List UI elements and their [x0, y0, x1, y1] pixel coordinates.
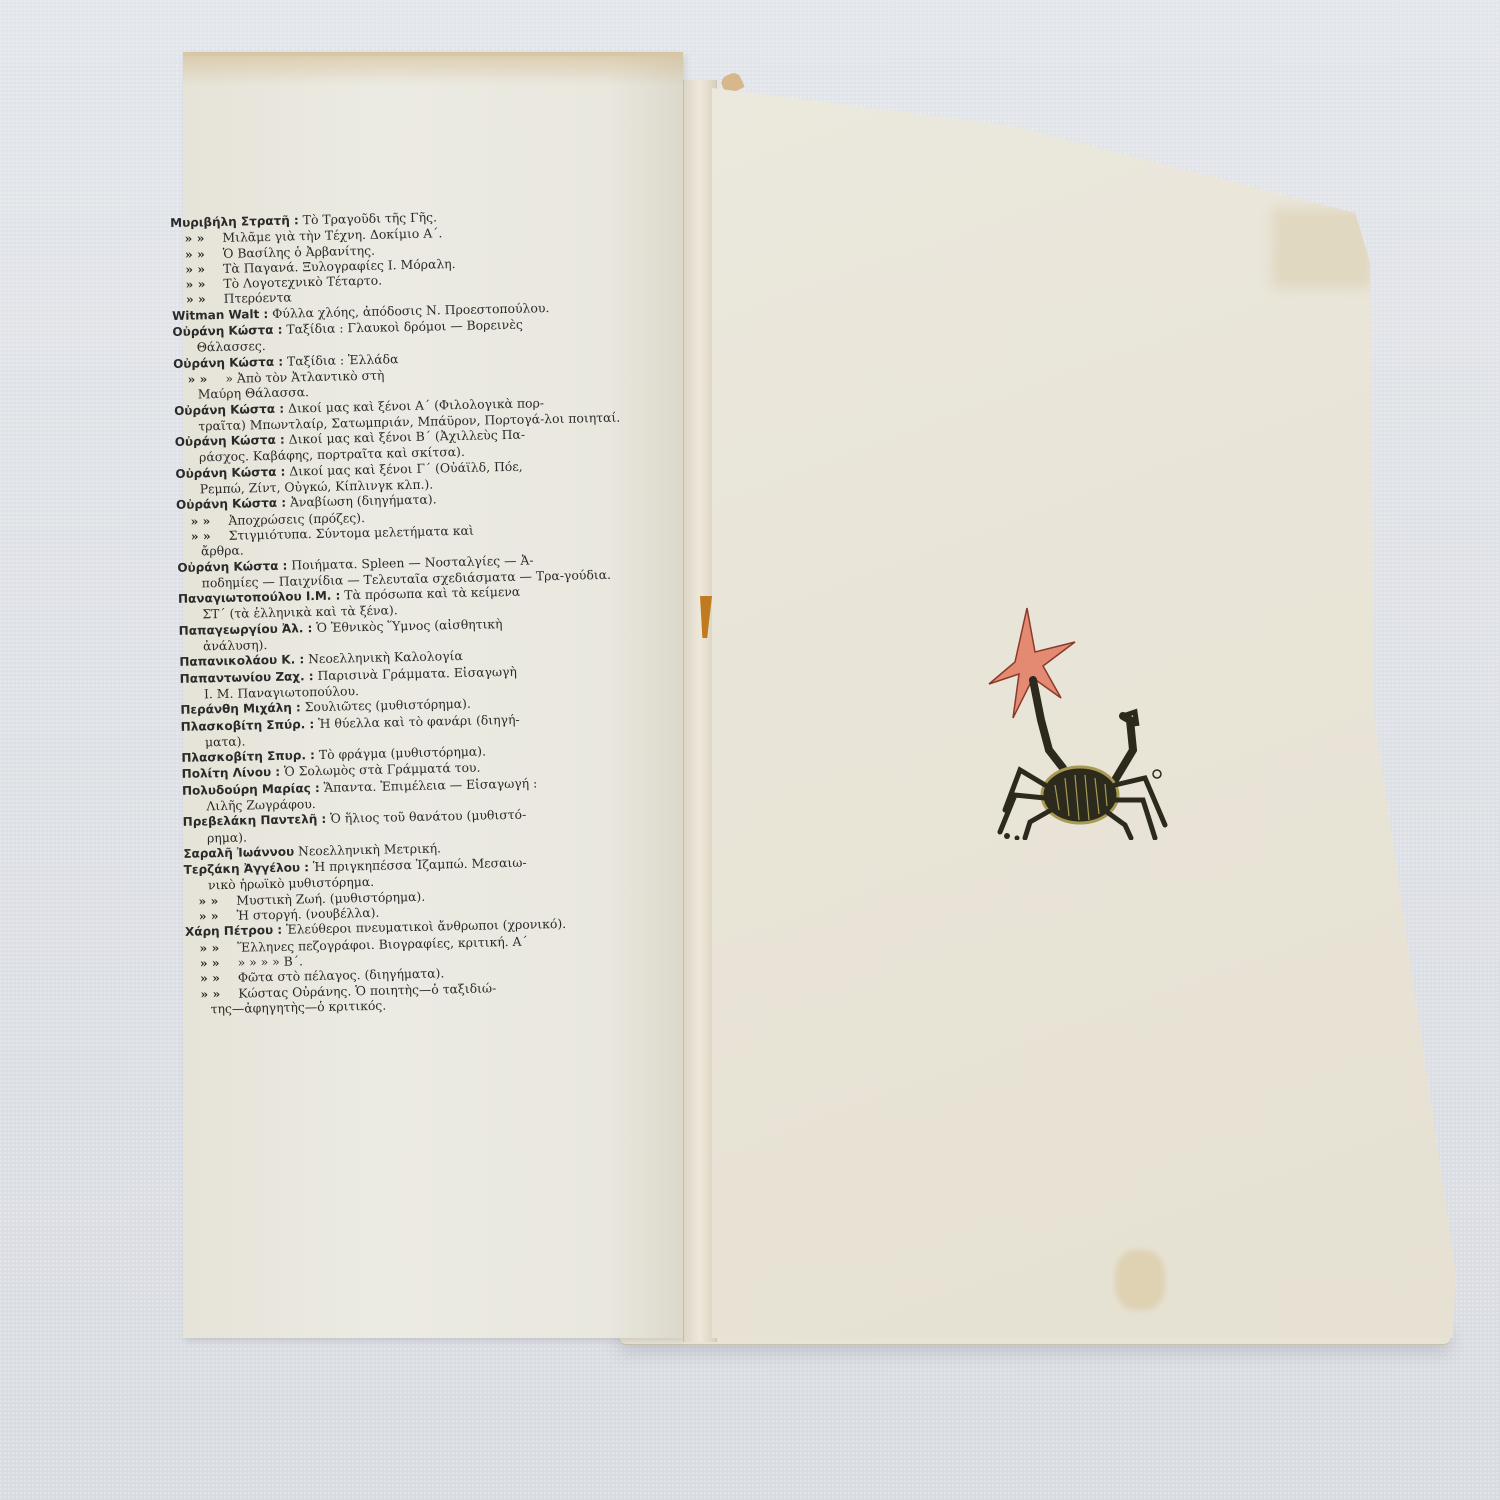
entry-author: Πολίτη Λίνου : [182, 765, 281, 781]
entry-author: » » [185, 939, 233, 955]
entry-author: » » [170, 230, 218, 246]
entry-author: » » [173, 371, 221, 387]
entry-title: Ἡ θύελλα καὶ τὸ φανάρι (διηγή- [318, 711, 520, 730]
starfish-icon [989, 608, 1075, 718]
entry-author: Πλασκοβίτη Σπυρ. : [181, 748, 315, 765]
entry-author: » » [186, 985, 234, 1001]
entry-author: Τερζάκη Ἀγγέλου : [184, 860, 310, 877]
entry-title: Τὸ φράγμα (μυθιστόρημα). [319, 744, 486, 762]
entry-author: Οὐράνη Κώστα : [177, 558, 287, 574]
entry-author: Witman Walt : [172, 307, 268, 323]
entry-title: Ὁ ἥλιος τοῦ θανάτου (μυθιστό- [330, 807, 526, 826]
entry-title: Τὸ Τραγοῦδι τῆς Γῆς. [303, 209, 438, 227]
entry-author: » » [171, 276, 219, 292]
entry-title: Τὰ πρόσωπα καὶ τὰ κείμενα [344, 584, 520, 603]
entry-title: Ὁ Ἐθνικὸς Ὕμνος (αἰσθητικὴ [316, 616, 503, 635]
entry-author: » » [171, 246, 219, 262]
entry-author: Οὐράνη Κώστα : [174, 401, 284, 417]
entry-author: » » [171, 261, 219, 277]
entry-title: Ταξίδια : Ἑλλάδα [287, 351, 399, 368]
entry-title: Νεοελληνικὴ Καλολογία [308, 648, 463, 666]
entry-author: » » [172, 291, 220, 307]
entry-author: Παναγιωτοπούλου Ι.Μ. : [178, 589, 341, 606]
entry-title: Ἅπαντα. Ἐπιμέλεια — Εἰσαγωγή : [323, 775, 537, 794]
entry-title: Παρισινὰ Γράμματα. Εἰσαγωγὴ [317, 663, 517, 682]
entry-author: Παπαντωνίου Ζαχ. : [180, 669, 314, 686]
entry-author: Παπαγεωργίου Ἀλ. : [179, 621, 313, 638]
entry-author: Παπανικολάου Κ. : [179, 653, 304, 670]
entry-author: » » [185, 908, 233, 924]
entry-author: Μυριβήλη Στρατῆ : [170, 213, 299, 230]
entry-author: Πρεβελάκη Παντελῆ : [183, 812, 327, 829]
paper-stain [1115, 1250, 1165, 1310]
entry-title: Ἀναβίωση (διηγήματα). [290, 492, 437, 510]
entry-author: Πολυδούρη Μαρίας : [182, 781, 320, 798]
entry-author: Οὐράνη Κώστα : [173, 354, 283, 370]
entry-title: Νεοελληνικὴ Μετρική. [298, 840, 441, 858]
entry-author: Πλασκοβίτη Σπύρ. : [181, 717, 315, 734]
entry-author: » » [184, 893, 232, 909]
entry-author: Οὐράνη Κώστα : [172, 323, 282, 339]
entry-author: Οὐράνη Κώστα : [175, 433, 285, 449]
entry-title: » » » » Β΄. [237, 953, 303, 969]
entry-author: Σαραλῆ Ἰωάννου [183, 844, 294, 860]
entry-author: » » [177, 528, 225, 544]
publisher-catalogue-list: Μυριβήλη Στρατῆ : Τὸ Τραγοῦδι τῆς Γῆς.» … [170, 205, 667, 1017]
entry-author: Περάνθη Μιχάλη : [180, 701, 301, 718]
entry-title: Πτερόεντα [224, 290, 292, 306]
entry-author: Οὐράνη Κώστα : [175, 464, 285, 480]
entry-author: » » [176, 513, 224, 529]
crab-starfish-icon [985, 600, 1175, 840]
entry-author: » » [186, 955, 234, 971]
entry-author: Χάρη Πέτρου : [185, 923, 282, 939]
entry-author: Οὐράνη Κώστα : [176, 496, 286, 512]
entry-title: Σουλιῶτες (μυθιστόρημα). [305, 696, 471, 714]
entry-author: » » [186, 970, 234, 986]
book-spine [683, 80, 717, 1342]
